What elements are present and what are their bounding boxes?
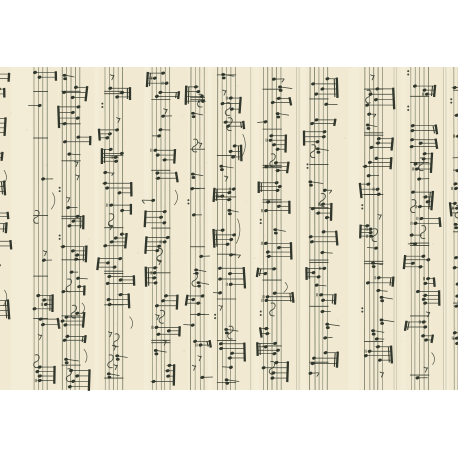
sheet-music-pattern-swatch: [0, 0, 458, 458]
sheet-music-pattern-svg: [0, 0, 458, 458]
page: [0, 0, 458, 458]
